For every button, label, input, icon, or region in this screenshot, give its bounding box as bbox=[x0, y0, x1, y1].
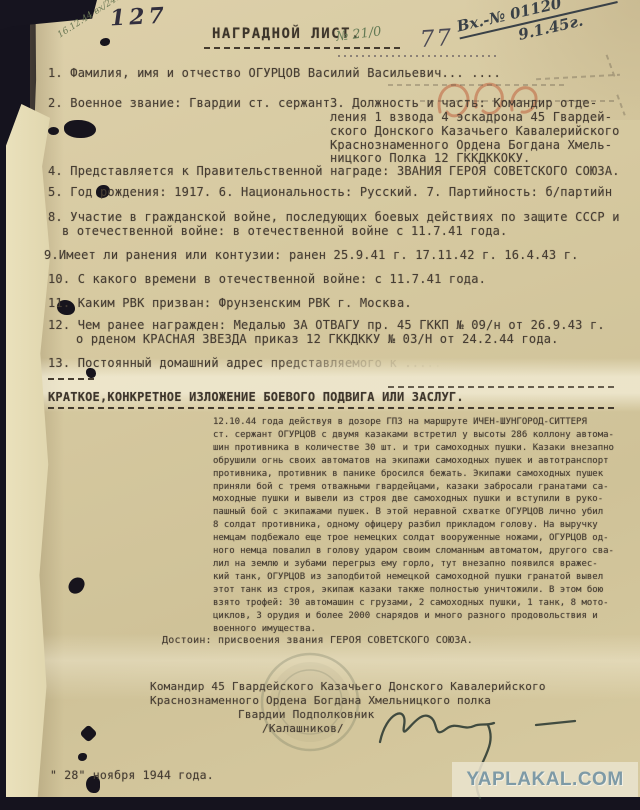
field-wounds: 9.Имеет ли ранения или контузии: ранен 2… bbox=[44, 248, 579, 262]
feat-line: 8 солдат противника, одному офицеру разб… bbox=[213, 519, 614, 532]
feat-line: пашный бой с экипажами пушек. В этой нер… bbox=[213, 506, 614, 519]
title-underline bbox=[204, 47, 400, 49]
feat-line: циклов, 3 орудия и более 2000 снарядов и… bbox=[213, 610, 614, 623]
field-war-participation-line: в отечественной войне: в отечественной в… bbox=[62, 224, 507, 238]
field-name: 1. Фамилия, имя и отчество ОГУРЦОВ Васил… bbox=[48, 66, 501, 80]
document-scan: 127 16.12.44 вх/246в НАГРАДНОЙ ЛИСТ. № 2… bbox=[0, 0, 640, 810]
sheet-number: 77 bbox=[419, 25, 454, 53]
hole-punch-blot bbox=[64, 120, 96, 138]
field-prior-awards-line: 12. Чем ранее награжден: Медалью ЗА ОТВА… bbox=[48, 318, 605, 332]
page-number-stamp: 127 bbox=[109, 3, 168, 32]
feat-line: противника, противник в панике бросился … bbox=[213, 468, 614, 481]
feat-line: шин противника в количестве 30 шт. и три… bbox=[213, 442, 614, 455]
field-position-line: 3. Должность и часть: Командир отде- bbox=[330, 96, 597, 110]
feat-line: моходные пушки и вывели из строя две сам… bbox=[213, 493, 614, 506]
verdict-line: Достоин: присвоения звания ГЕРОЯ СОВЕТСК… bbox=[162, 635, 473, 646]
torn-edge-strip bbox=[6, 104, 50, 797]
watermark: YAPLAKAL.COM bbox=[452, 762, 638, 797]
date-line: " 28" ноября 1944 года. bbox=[50, 768, 214, 782]
field-prior-awards-line: о рденом КРАСНАЯ ЗВЕЗДА приказ 12 ГККДКК… bbox=[76, 332, 559, 346]
feat-line: ного немца повалил в голову ударом своим… bbox=[213, 545, 614, 558]
field-birth-nationality-party: 5. Год рождения: 1917. 6. Национальность… bbox=[48, 185, 612, 199]
field-position-line: ского Донского Казачьего Кавалерийского bbox=[330, 124, 620, 138]
feat-line: кий танк, ОГУРЦОВ из заподбитой немецкой… bbox=[213, 571, 614, 584]
feat-line: немцам подбежало еще трое немецких солда… bbox=[213, 532, 614, 545]
field-position-line: ления 1 взвода 4 эскадрона 45 Гвардей- bbox=[330, 110, 612, 124]
feat-line: приняли бой с тремя отважными гвардейцам… bbox=[213, 481, 614, 494]
commander-rank-line: Гвардии Подполковник bbox=[238, 708, 374, 721]
feat-line: военного имущества. bbox=[213, 623, 614, 636]
field-award: 4. Представляется к Правительственной на… bbox=[48, 164, 620, 178]
field-war-participation-line: 8. Участие в гражданской войне, последую… bbox=[48, 210, 620, 224]
feat-line: лил на землю и зубами перегрыз ему горло… bbox=[213, 558, 614, 571]
field-position-line: ницкого Полка 12 ГККДККОКУ. bbox=[330, 151, 530, 165]
field-rank: 2. Военное звание: Гвардии ст. сержант bbox=[48, 96, 330, 110]
feat-description: 12.10.44 года действуя в дозоре ГПЗ на м… bbox=[213, 416, 614, 635]
field-drafted-by: 11. Каким РВК призван: Фрунзенским РВК г… bbox=[48, 296, 412, 310]
field-home-address: 13. Постоянный домашний адрес представля… bbox=[48, 356, 468, 370]
field-position-line: Краснознаменного Ордена Богдана Хмель- bbox=[330, 138, 612, 152]
hole-punch-blot bbox=[48, 127, 59, 135]
feat-line: обрушили огнь своих автоматов на экипажи… bbox=[213, 455, 614, 468]
section-header: КРАТКОЕ,КОНКРЕТНОЕ ИЗЛОЖЕНИЕ БОЕВОГО ПОД… bbox=[48, 390, 464, 404]
ghost-print-row bbox=[388, 84, 564, 86]
section-underline bbox=[48, 407, 618, 409]
leader-dots bbox=[338, 55, 496, 57]
section-dashes-right bbox=[388, 386, 618, 388]
field-since: 10. С какого времени в отечественной вой… bbox=[48, 272, 486, 286]
address-dashes bbox=[48, 378, 96, 380]
feat-line: ст. сержант ОГУРЦОВ с двумя казаками вст… bbox=[213, 429, 614, 442]
commander-name-line: /Калашников/ bbox=[262, 722, 344, 735]
feat-line: этот танк из строя, экипаж казаки также … bbox=[213, 584, 614, 597]
feat-line: взято трофей: 30 автомашин с грузами, 2 … bbox=[213, 597, 614, 610]
feat-line: 12.10.44 года действуя в дозоре ГПЗ на м… bbox=[213, 416, 614, 429]
